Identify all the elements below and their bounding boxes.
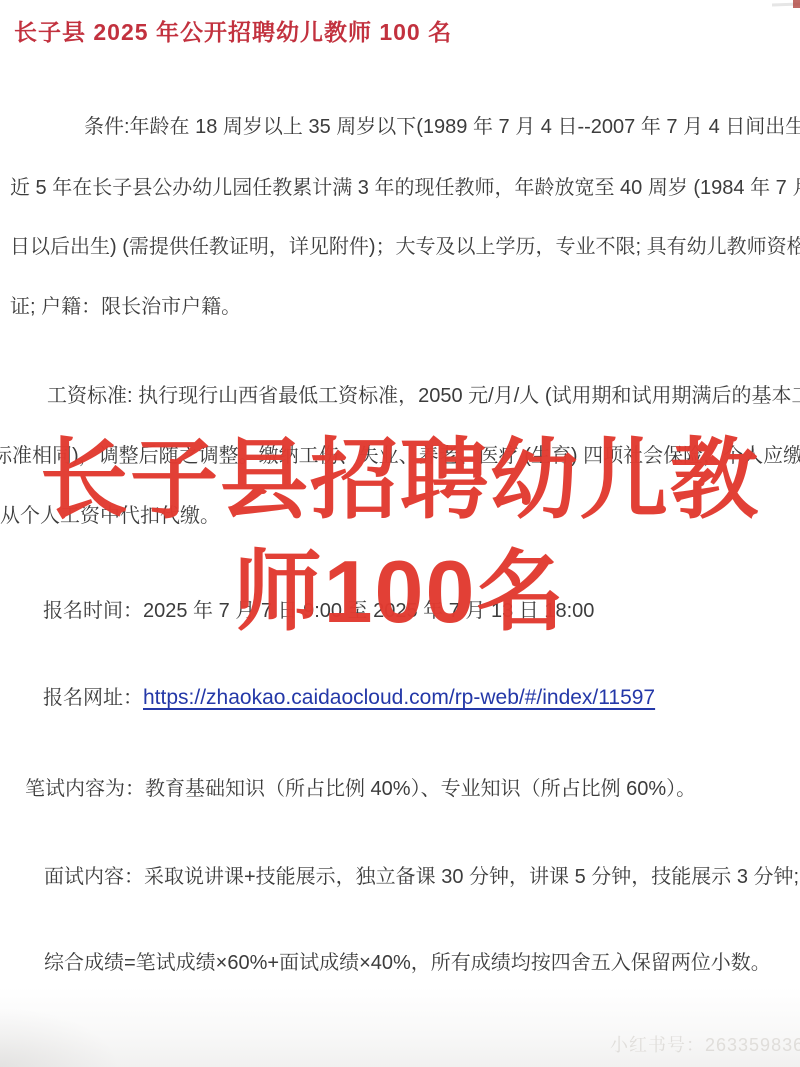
condition-line-4: 证; 户籍：限长治市户籍。 bbox=[10, 290, 241, 319]
salary-line-2: 标准相同)，调整后随之调整。缴纳工伤、失业、养老、医疗 (生育) 四项社会保险，… bbox=[0, 439, 800, 468]
condition-line-3: 日以后出生) (需提供任教证明，详见附件)；大专及以上学历，专业不限; 具有幼儿… bbox=[10, 230, 800, 259]
corner-red-fragment bbox=[793, 0, 800, 8]
score-formula-line: 综合成绩=笔试成绩×60%+面试成绩×40%，所有成绩均按四舍五入保留两位小数。 bbox=[44, 946, 771, 975]
signup-time-line: 报名时间：2025 年 7 月 7 日 9:00 至 2025 年 7 月 13… bbox=[43, 594, 594, 623]
page-title: 长子县 2025 年公开招聘幼儿教师 100 名 bbox=[14, 14, 452, 47]
salary-line-1: 工资标准: 执行现行山西省最低工资标准，2050 元/月/人 (试用期和试用期满… bbox=[47, 379, 800, 408]
xiaohongshu-id-watermark: 小红书号：26335983640 bbox=[610, 1031, 800, 1057]
condition-line-2: 近 5 年在长子县公办幼儿园任教累计满 3 年的现任教师，年龄放宽至 40 周岁… bbox=[10, 171, 800, 200]
photo-vignette-bottom-left bbox=[0, 1007, 120, 1067]
signup-url-link[interactable]: https://zhaokao.caidaocloud.com/rp-web/#… bbox=[143, 686, 655, 709]
signup-url-label: 报名网址： bbox=[43, 687, 143, 709]
interview-line: 面试内容：采取说讲课+技能展示，独立备课 30 分钟，讲课 5 分钟，技能展示 … bbox=[44, 860, 799, 889]
red-watermark-line-2: 师100名 bbox=[0, 536, 800, 648]
condition-line-1: 条件:年龄在 18 周岁以上 35 周岁以下(1989 年 7 月 4 日--2… bbox=[84, 110, 800, 139]
document-page: 长子县 2025 年公开招聘幼儿教师 100 名 条件:年龄在 18 周岁以上 … bbox=[0, 0, 800, 1067]
signup-url-line: 报名网址：https://zhaokao.caidaocloud.com/rp-… bbox=[43, 681, 655, 710]
salary-line-3: 分从个人工资中代扣代缴。 bbox=[0, 499, 220, 528]
written-test-line: 笔试内容为：教育基础知识（所占比例 40%）、专业知识（所占比例 60%）。 bbox=[25, 772, 696, 801]
